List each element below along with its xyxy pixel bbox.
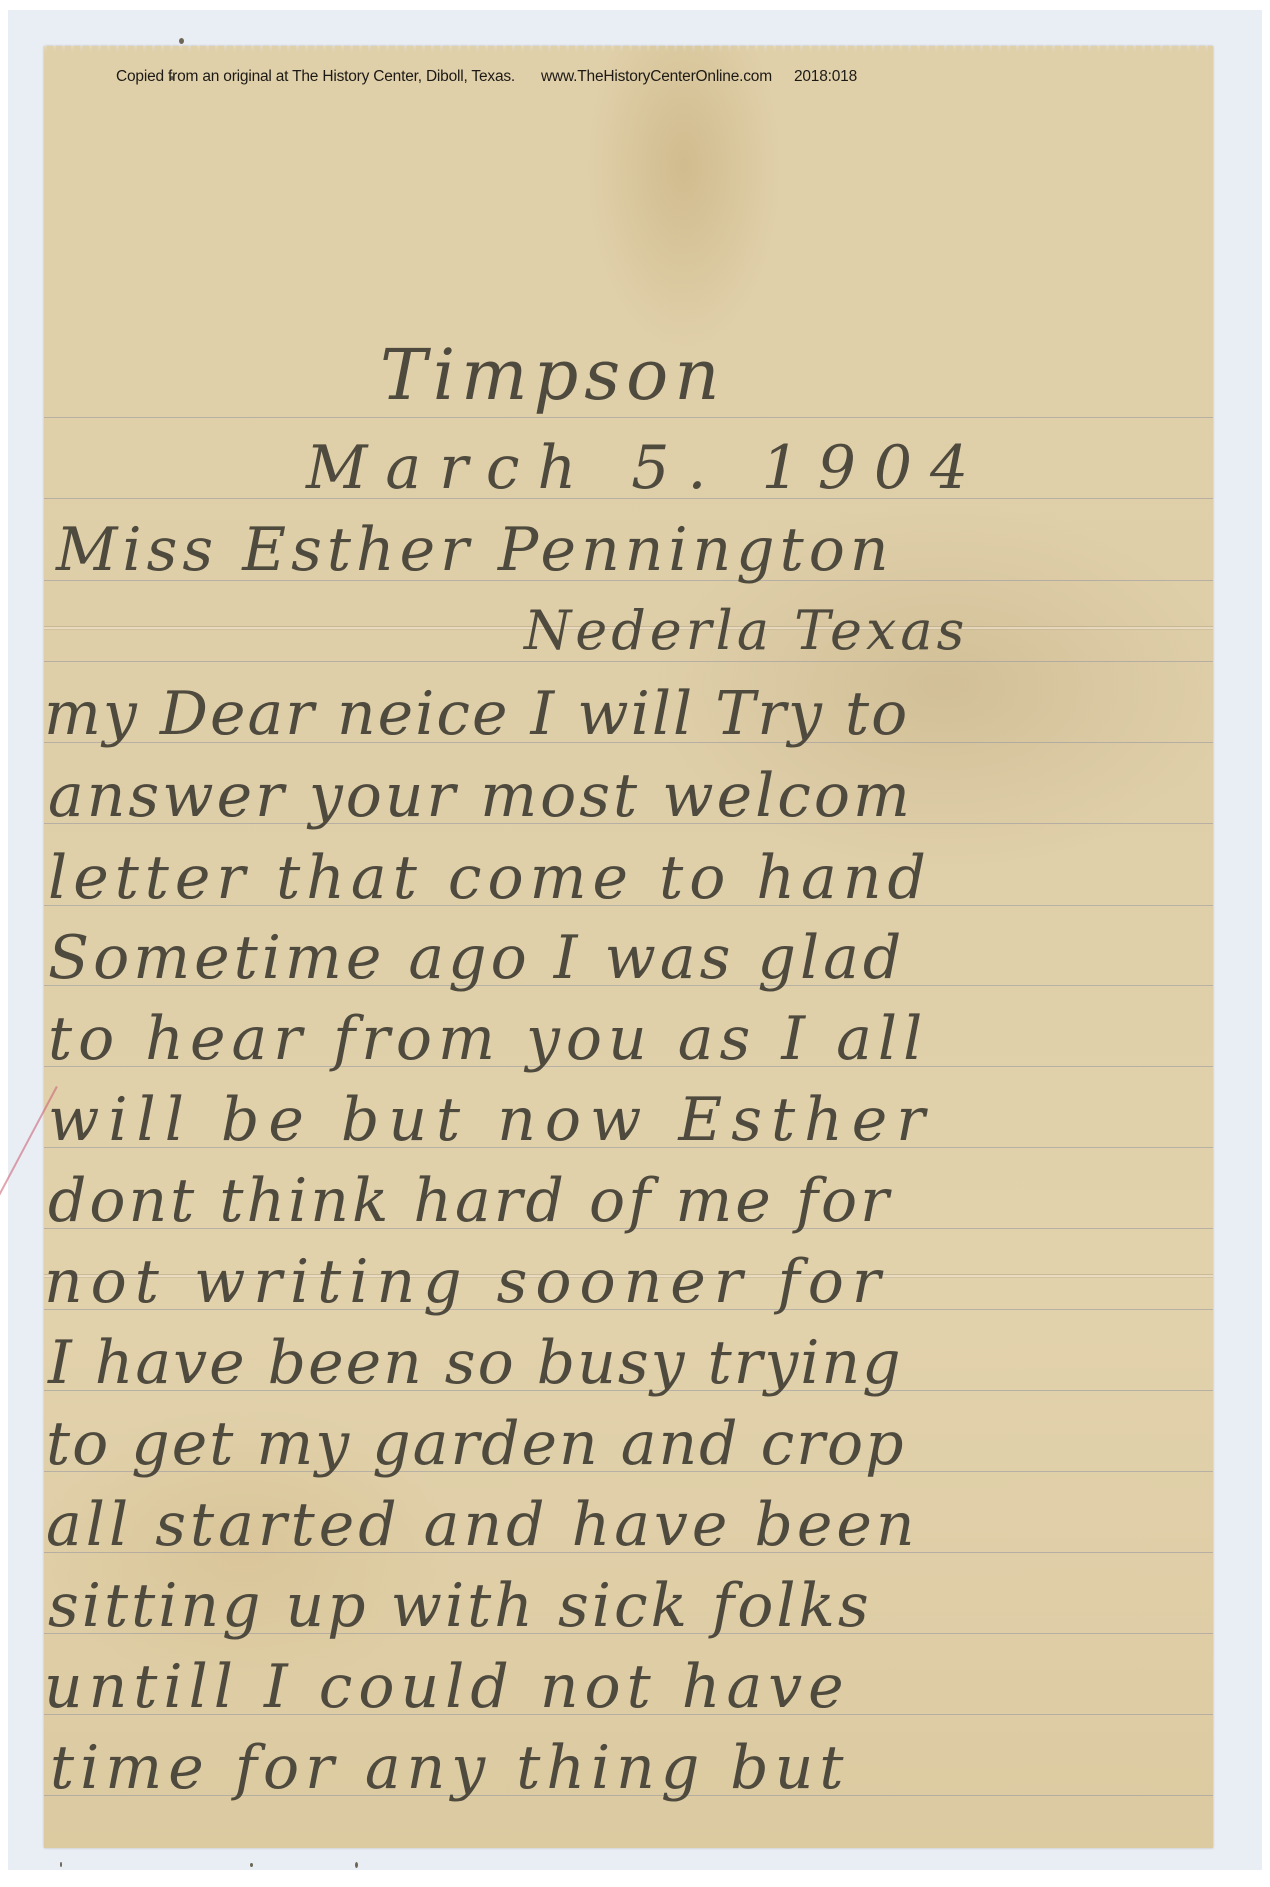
body-line: my Dear neice I will Try to xyxy=(44,684,909,744)
ruled-line xyxy=(44,417,1213,418)
body-line: not writing sooner for xyxy=(44,1252,889,1312)
body-line: will be but now Esther xyxy=(48,1090,934,1150)
dust-speck xyxy=(250,1863,253,1867)
body-line: time for any thing but xyxy=(50,1738,849,1798)
body-line: to hear from you as I all xyxy=(48,1009,928,1069)
letter-place: Timpson xyxy=(380,340,725,410)
archive-accession-number: 2018:018 xyxy=(794,68,857,86)
body-line: untill I could not have xyxy=(44,1657,850,1717)
recipient-name: Miss Esther Pennington xyxy=(56,520,893,580)
torn-top-edge xyxy=(44,40,1213,52)
dust-speck xyxy=(179,38,184,44)
archive-stamp: Copied from an original at The History C… xyxy=(116,68,857,86)
letter-page: Timpson March 5. 1904 Miss Esther Pennin… xyxy=(44,46,1213,1848)
body-line: I have been so busy trying xyxy=(48,1333,903,1393)
dust-speck xyxy=(60,1862,62,1867)
body-line: sitting up with sick folks xyxy=(48,1576,872,1636)
body-line: to get my garden and crop xyxy=(46,1414,905,1474)
dust-speck xyxy=(355,1862,358,1868)
archive-website: www.TheHistoryCenterOnline.com xyxy=(541,68,772,86)
body-line: Sometime ago I was glad xyxy=(48,928,905,988)
body-line: letter that come to hand xyxy=(48,848,932,908)
letter-date: March 5. 1904 xyxy=(306,438,986,498)
body-line: dont think hard of me for xyxy=(48,1171,892,1231)
body-line: all started and have been xyxy=(46,1495,919,1555)
recipient-location: Nederla Texas xyxy=(524,604,968,658)
body-line: answer your most welcom xyxy=(48,766,913,826)
archive-source: Copied from an original at The History C… xyxy=(116,68,515,86)
